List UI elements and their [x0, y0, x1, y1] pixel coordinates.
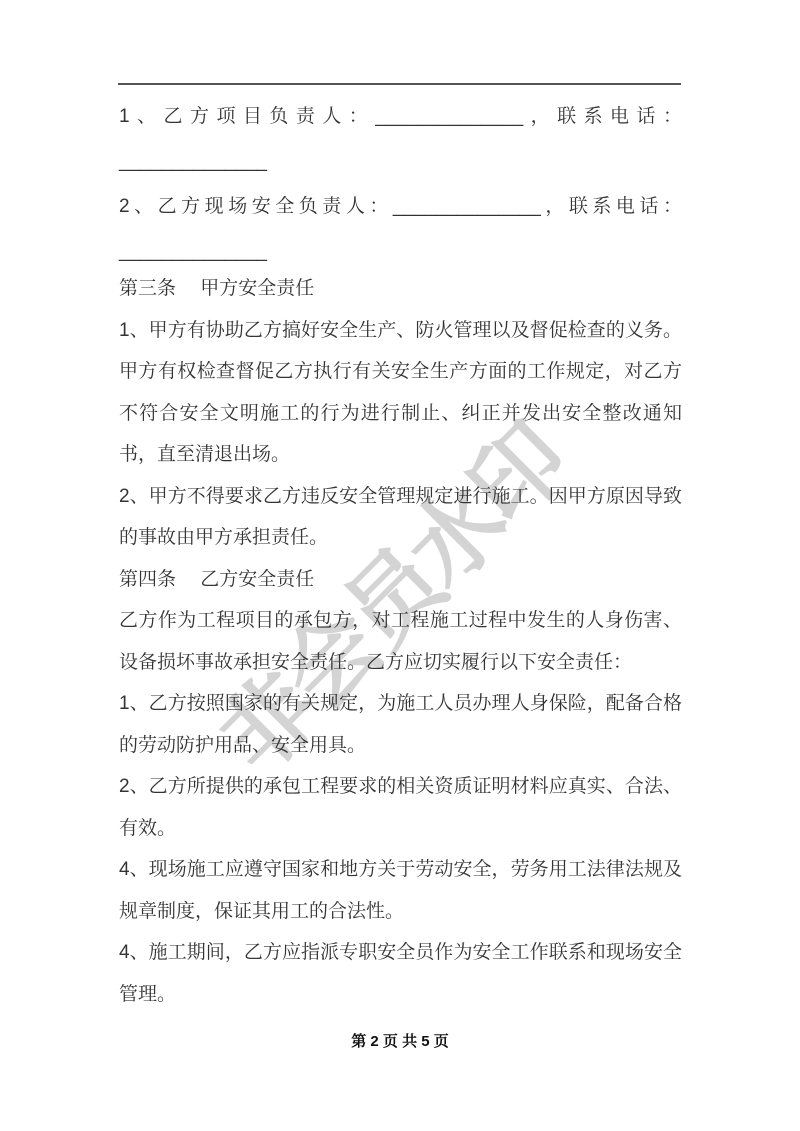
contract-document-page: 非会员水印 1、乙方项目负责人：______________，联系电话：____…: [0, 0, 800, 1131]
section-heading-clause-4: 第四条 乙方安全责任: [119, 559, 682, 601]
paragraph-line: 2、甲方不得要求乙方违反安全管理规定进行施工。因甲方原因导致: [119, 476, 682, 518]
paragraph-line: 设备损坏事故承担安全责任。乙方应切实履行以下安全责任：: [119, 642, 682, 684]
paragraph-line: 2、乙方所提供的承包工程要求的相关资质证明材料应真实、合法、: [119, 766, 682, 808]
paragraph-line: 甲方有权检查督促乙方执行有关安全生产方面的工作规定，对乙方: [119, 351, 682, 393]
paragraph-line: 4、现场施工应遵守国家和地方关于劳动安全，劳务用工法律法规及: [119, 849, 682, 891]
page-number-footer: 第 2 页 共 5 页: [0, 1030, 800, 1054]
party-b-site-safety-manager-line: 2、乙方现场安全负责人：______________，联系电话：: [119, 184, 682, 229]
paragraph-line: 乙方作为工程项目的承包方，对工程施工过程中发生的人身伤害、: [119, 600, 682, 642]
paragraph-line: 1、乙方按照国家的有关规定，为施工人员办理人身保险，配备合格: [119, 683, 682, 725]
paragraph-line: 的事故由甲方承担责任。: [119, 517, 682, 559]
header-divider-line: [118, 83, 681, 85]
paragraph-line: 4、施工期间，乙方应指派专职安全员作为安全工作联系和现场安全: [119, 932, 682, 974]
paragraph-line: 1、甲方有协助乙方搞好安全生产、防火管理以及督促检查的义务。: [119, 310, 682, 352]
section-heading-clause-3: 第三条 甲方安全责任: [119, 268, 682, 310]
paragraph-line: 规章制度，保证其用工的合法性。: [119, 891, 682, 933]
paragraph-line: 的劳动防护用品、安全用具。: [119, 725, 682, 767]
paragraph-line: 书，直至清退出场。: [119, 434, 682, 476]
paragraph-line: 不符合安全文明施工的行为进行制止、纠正并发出安全整改通知: [119, 393, 682, 435]
fill-in-blank: ______________: [119, 139, 682, 184]
party-b-project-manager-line: 1、乙方项目负责人：______________，联系电话：: [119, 94, 682, 139]
responsible-person-fill-section: 1、乙方项目负责人：______________，联系电话：__________…: [119, 94, 682, 274]
paragraph-line: 有效。: [119, 808, 682, 850]
paragraph-line: 管理。: [119, 974, 682, 1016]
contract-clauses-section: 第三条 甲方安全责任1、甲方有协助乙方搞好安全生产、防火管理以及督促检查的义务。…: [119, 268, 682, 1015]
